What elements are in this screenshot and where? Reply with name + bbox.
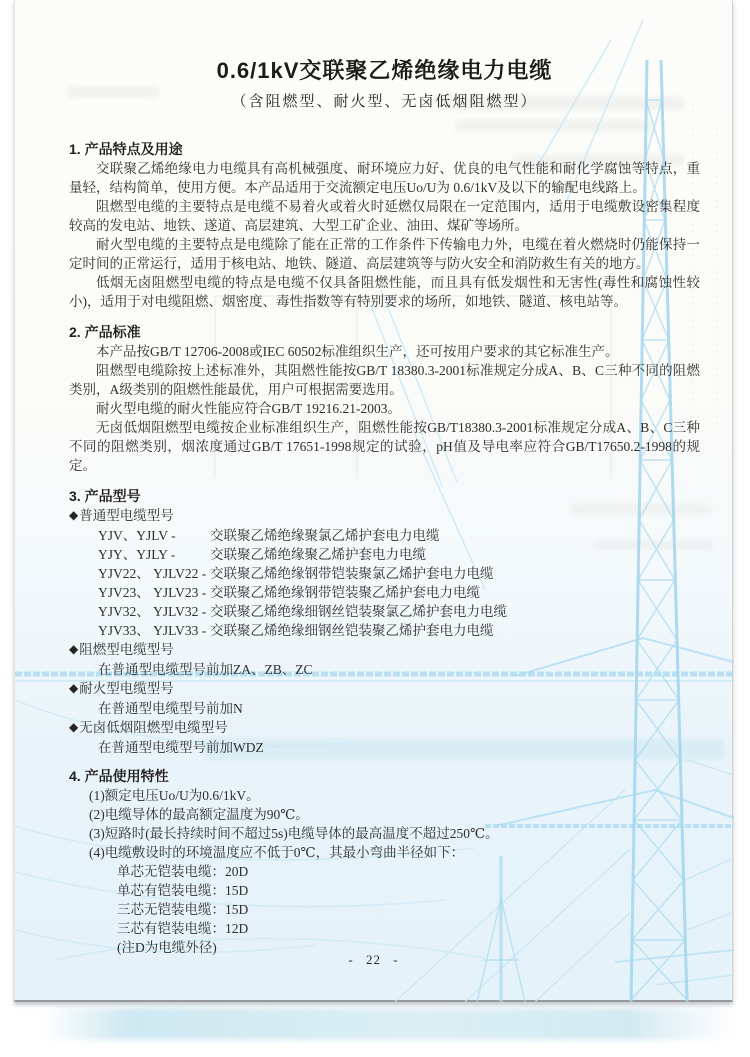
model-row: YJV23、 YJLV23 -交联聚乙烯绝缘钢带铠装聚乙烯护套电力电缆 (69, 583, 700, 602)
model-desc: 交联聚乙烯绝缘钢带铠装聚乙烯护套电力电缆 (210, 585, 480, 600)
usage-item: (1)额定电压Uo/U为0.6/1kV。 (69, 786, 700, 805)
usage-item: (2)电缆导体的最高额定温度为90℃。 (69, 805, 700, 824)
page-title: 0.6/1kV交联聚乙烯绝缘电力电缆 (69, 0, 700, 84)
bend-radius-item: 三芯无铠装电缆：15D (69, 900, 700, 919)
diamond-bullet-icon: ◆ (69, 506, 78, 525)
model-row: YJV、YJLV -交联聚乙烯绝缘聚氯乙烯护套电力电缆 (69, 526, 700, 545)
model-row: YJV32、 YJLV32 -交联聚乙烯绝缘细钢丝铠装聚氯乙烯护套电力电缆 (69, 602, 700, 621)
model-code: YJV32、 YJLV32 - (98, 602, 210, 621)
page-subtitle: （含阻燃型、耐火型、无卤低烟阻燃型） (69, 92, 700, 112)
model-desc: 交联聚乙烯绝缘聚氯乙烯护套电力电缆 (210, 528, 440, 543)
cable-group-normal: ◆普通型电缆型号 (69, 506, 700, 526)
section-1-paragraph: 耐火型电缆的主要特点是电缆除了能在正常的工作条件下传输电力外，电缆在着火燃烧时仍… (69, 235, 700, 273)
scanned-page: 0.6/1kV交联聚乙烯绝缘电力电缆 （含阻燃型、耐火型、无卤低烟阻燃型） 1.… (14, 0, 733, 1002)
section-2-paragraph: 本产品按GB/T 12706-2008或IEC 60502标准组织生产，还可按用… (69, 342, 700, 361)
page-number: - 22 - (15, 952, 732, 968)
model-code: YJV、YJLV - (98, 526, 210, 545)
section-1-heading: 1. 产品特点及用途 (69, 140, 700, 159)
bend-radius-item: 单芯无铠装电缆：20D (69, 862, 700, 881)
model-desc: 交联聚乙烯绝缘钢带铠装聚氯乙烯护套电力电缆 (210, 566, 494, 581)
cable-group-fire-resistant: ◆耐火型电缆型号 (69, 679, 700, 699)
section-2-paragraph: 无卤低烟阻燃型电缆按企业标准组织生产，阻燃性能按GB/T18380.3-2001… (69, 418, 700, 475)
section-4-heading: 4. 产品使用特性 (69, 767, 700, 786)
model-desc: 交联聚乙烯绝缘聚乙烯护套电力电缆 (210, 547, 426, 562)
bend-radius-item: 单芯有铠装电缆：15D (69, 881, 700, 900)
diamond-bullet-icon: ◆ (69, 640, 78, 659)
diamond-bullet-icon: ◆ (69, 718, 78, 737)
model-desc: 交联聚乙烯绝缘细钢丝铠装聚氯乙烯护套电力电缆 (210, 604, 507, 619)
model-code: YJY、YJLY - (98, 545, 210, 564)
model-row: YJY、YJLY -交联聚乙烯绝缘聚乙烯护套电力电缆 (69, 545, 700, 564)
model-row: YJV22、 YJLV22 -交联聚乙烯绝缘钢带铠装聚氯乙烯护套电力电缆 (69, 564, 700, 583)
group-note: 在普通型电缆型号前加WDZ (69, 738, 700, 757)
model-code: YJV23、 YJLV23 - (98, 583, 210, 602)
usage-item: (3)短路时(最长持续时间不超过5s)电缆导体的最高温度不超过250℃。 (69, 824, 700, 843)
document-content: 0.6/1kV交联聚乙烯绝缘电力电缆 （含阻燃型、耐火型、无卤低烟阻燃型） 1.… (15, 0, 732, 957)
group-note: 在普通型电缆型号前加N (69, 699, 700, 718)
section-1-paragraph: 低烟无卤阻燃型电缆的特点是电缆不仅具备阻燃性能，而且具有低发烟性和无害性(毒性和… (69, 273, 700, 311)
group-label: 普通型电缆型号 (79, 508, 174, 523)
group-label: 耐火型电缆型号 (79, 681, 174, 696)
section-2-paragraph: 阻燃型电缆除按上述标准外，其阻燃性能按GB/T 18380.3-2001标准规定… (69, 361, 700, 399)
section-3-heading: 3. 产品型号 (69, 487, 700, 506)
section-2-paragraph: 耐火型电缆的耐火性能应符合GB/T 19216.21-2003。 (69, 399, 700, 418)
section-1-paragraph: 交联聚乙烯绝缘电力电缆具有高机械强度、耐环境应力好、优良的电气性能和耐化学腐蚀等… (69, 159, 700, 197)
section-1-paragraph: 阻燃型电缆的主要特点是电缆不易着火或着火时延燃仅局限在一定范围内，适用于电缆敷设… (69, 197, 700, 235)
model-row: YJV33、 YJLV33 -交联聚乙烯绝缘细钢丝铠装聚乙烯护套电力电缆 (69, 621, 700, 640)
group-label: 阻燃型电缆型号 (79, 642, 174, 657)
below-page-ghost-band (42, 1008, 734, 1040)
diamond-bullet-icon: ◆ (69, 679, 78, 698)
usage-item: (4)电缆敷设时的环境温度应不低于0℃，其最小弯曲半径如下： (69, 843, 700, 862)
group-label: 无卤低烟阻燃型电缆型号 (79, 720, 228, 735)
model-desc: 交联聚乙烯绝缘细钢丝铠装聚乙烯护套电力电缆 (210, 623, 494, 638)
section-2-heading: 2. 产品标准 (69, 323, 700, 342)
model-code: YJV22、 YJLV22 - (98, 564, 210, 583)
group-note: 在普通型电缆型号前加ZA、ZB、ZC (69, 660, 700, 679)
cable-group-lszh: ◆无卤低烟阻燃型电缆型号 (69, 718, 700, 738)
bend-radius-item: 三芯有铠装电缆：12D (69, 919, 700, 938)
model-code: YJV33、 YJLV33 - (98, 621, 210, 640)
cable-group-flame-retardant: ◆阻燃型电缆型号 (69, 640, 700, 660)
